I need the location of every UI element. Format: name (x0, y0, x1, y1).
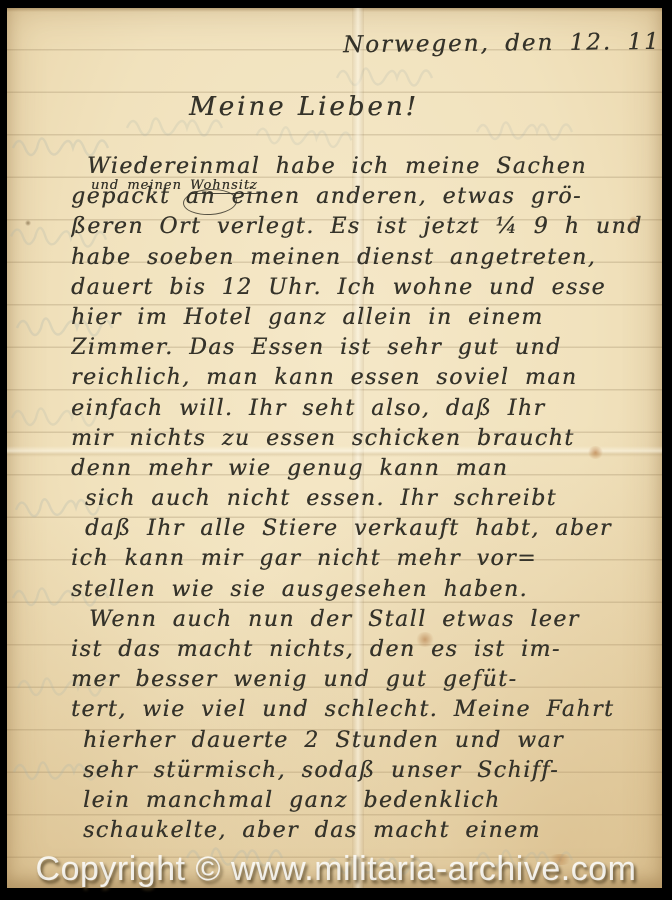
dateline: Norwegen, den 12. 11. 1940. (343, 28, 662, 58)
letter-line: mer besser wenig und gut gefüt- (71, 665, 660, 695)
copyright-watermark: Copyright © www.militaria-archive.com (0, 850, 672, 889)
salutation: Meine Lieben! (189, 92, 419, 122)
insertion-text: und meinen (91, 178, 190, 193)
letter-line: denn mehr wie genug kann man (71, 454, 660, 484)
letter-line: lein manchmal ganz bedenklich (71, 786, 660, 816)
letter-line: tert, wie viel und schlecht. Meine Fahrt (71, 695, 660, 725)
letter-line: dauert bis 12 Uhr. Ich wohne und esse (71, 273, 660, 303)
letter-line: schaukelte, aber das macht einem (71, 816, 660, 846)
letter-line: hier im Hotel ganz allein in einem (71, 303, 660, 333)
letter-line: mir nichts zu essen schicken braucht (71, 424, 660, 454)
letter-line: hierher dauerte 2 Stunden und war (71, 726, 660, 756)
letter-line: ßeren Ort verlegt. Es ist jetzt ¼ 9 h un… (71, 212, 660, 242)
letter-line: stellen wie sie ausgesehen haben. (71, 575, 660, 605)
letter-line: Zimmer. Das Essen ist sehr gut und (71, 333, 660, 363)
letter-line: daß Ihr alle Stiere verkauft habt, aber (71, 514, 660, 544)
interline-insertion: und meinen Wohnsitz (91, 178, 258, 193)
letter-page: Norwegen, den 12. 11. 1940. Meine Lieben… (7, 8, 662, 888)
letter-body-lines: Wiedereinmal habe ich meine Sachengepack… (71, 152, 660, 846)
letter-line: einfach will. Ihr seht also, daß Ihr (71, 394, 660, 424)
letter-body: Wiedereinmal habe ich meine Sachengepack… (71, 152, 660, 852)
letter-line: ist das macht nichts, den es ist im- (71, 635, 660, 665)
letter-line: sehr stürmisch, sodaß unser Schiff- (71, 756, 660, 786)
letter-line: Wenn auch nun der Stall etwas leer (71, 605, 660, 635)
letter-line: habe soeben meinen dienst angetreten, (71, 243, 660, 273)
letter-line: reichlich, man kann essen soviel man (71, 363, 660, 393)
paper-stain (25, 220, 31, 226)
letter-line: sich auch nicht essen. Ihr schreibt (71, 484, 660, 514)
scanned-letter: Norwegen, den 12. 11. 1940. Meine Lieben… (0, 0, 672, 900)
letter-line: ich kann mir gar nicht mehr vor= (71, 544, 660, 574)
